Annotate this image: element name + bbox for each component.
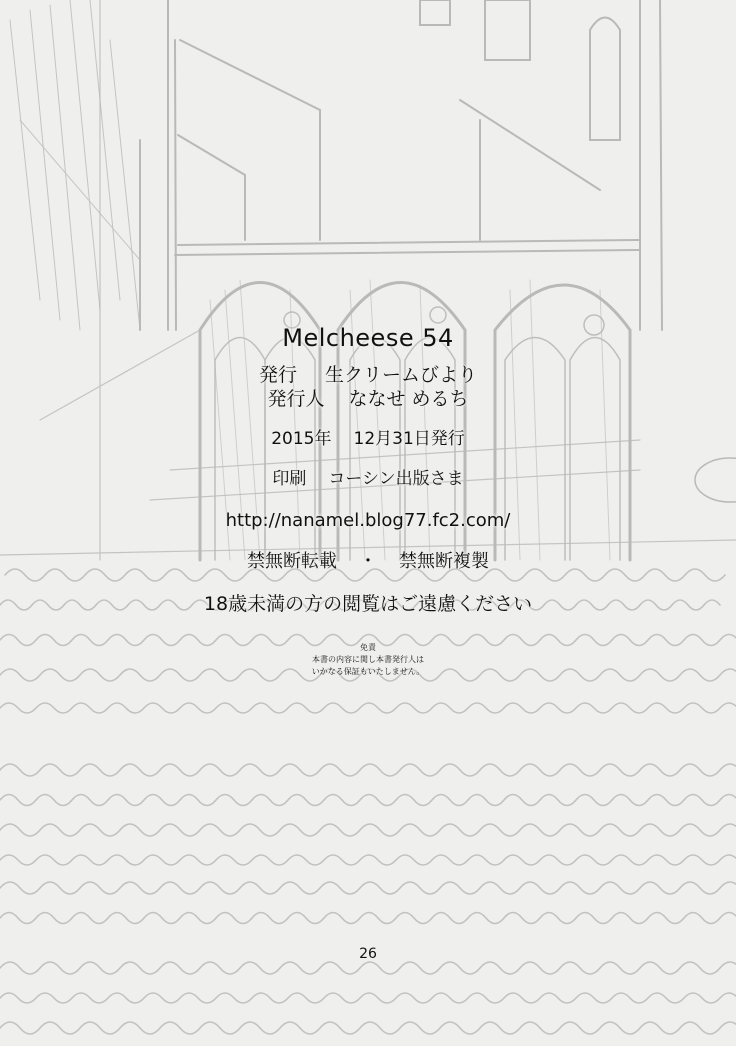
printer-label: 印刷	[272, 469, 306, 489]
publisher-line: 発行生クリームびより	[0, 366, 736, 385]
disclaimer-line-2: いかなる保証もいたしません。	[0, 668, 736, 676]
notice-no-reprint: 禁無断転載	[247, 551, 337, 572]
disclaimer-line-1: 本書の内容に関し本書発行人は	[0, 656, 736, 664]
issuer-name: ななせ めるち	[348, 388, 468, 410]
notice-no-copy: 禁無断複製	[399, 551, 489, 572]
page-number: 26	[0, 947, 736, 961]
publisher-label: 発行	[259, 364, 297, 386]
date-year: 2015年	[271, 429, 331, 449]
age-restriction-warning: 18歳未満の方の閲覧はご遠慮ください	[0, 595, 736, 614]
disclaimer-heading: 免責	[0, 644, 736, 652]
printer-line: 印刷コーシン出版さま	[0, 471, 736, 488]
copyright-notice: 禁無断転載・禁無断複製	[0, 553, 736, 571]
website-url: http://nanamel.blog77.fc2.com/	[0, 512, 736, 530]
issuer-label: 発行人	[267, 388, 324, 410]
publication-date: 2015年12月31日発行	[0, 431, 736, 448]
book-title: Melcheese 54	[0, 326, 736, 350]
date-day: 12月31日発行	[354, 429, 465, 449]
notice-separator: ・	[359, 551, 377, 572]
colophon: Melcheese 54 発行生クリームびより 発行人ななせ めるち 2015年…	[0, 0, 736, 1046]
publisher-name: 生クリームびより	[325, 364, 477, 386]
printer-name: コーシン出版さま	[328, 469, 463, 489]
issuer-line: 発行人ななせ めるち	[0, 390, 736, 409]
document-page: Melcheese 54 発行生クリームびより 発行人ななせ めるち 2015年…	[0, 0, 736, 1046]
